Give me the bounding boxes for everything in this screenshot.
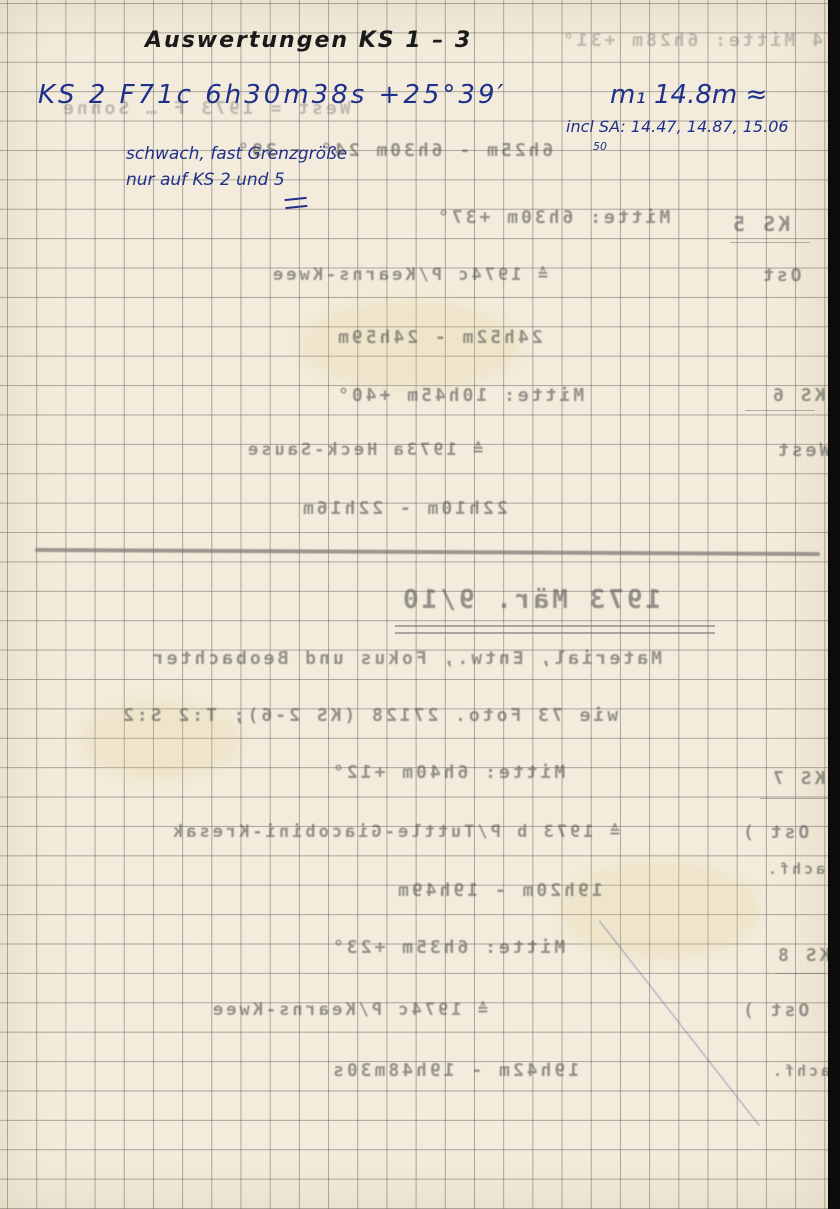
- paper-stain: [560, 860, 760, 960]
- bleed-text: Material, Entw., Fokus und Beobachter: [150, 648, 662, 669]
- bleed-text: KS 5: [730, 212, 790, 236]
- bleed-text: KS 4 Mitte: 6h28m +31°: [560, 30, 840, 51]
- bleed-text: Mitte: 10h45m +40°: [335, 385, 584, 406]
- note-plates: nur auf KS 2 und 5: [126, 170, 285, 190]
- bleed-text: Nachf.: [765, 860, 837, 878]
- notebook-page: Auswertungen KS 1 – 3 KS 2 F71c 6h30m38s…: [0, 0, 828, 1209]
- page-title: Auswertungen KS 1 – 3: [145, 28, 472, 53]
- bleed-text: wie 73 Foto. 27128 (KS 2-6); T:2 S:2: [120, 705, 618, 726]
- bleed-text: ≙ 1974c P/Kearns-Kwee: [210, 1000, 488, 1020]
- bleed-text: ≙ 1974c P/Kearns-Kwee: [270, 265, 548, 285]
- scan-edge: [828, 0, 840, 1209]
- bleed-text: 24h52m - 24h59m: [335, 327, 543, 348]
- bleed-text: Mitte: 6h40m +12°: [330, 762, 565, 783]
- underline: [730, 242, 810, 243]
- bleed-text: KS 7: [770, 768, 825, 789]
- bleed-text: 19h20m - 19h49m: [395, 880, 603, 901]
- underline: [760, 798, 830, 799]
- underline: [745, 410, 815, 411]
- double-underline: [395, 625, 715, 634]
- bleed-text: West = 1973 F … Sonne: [60, 98, 351, 119]
- bleed-text: Ost: [760, 265, 802, 286]
- bleed-text: 19h42m - 19h48m30s: [330, 1060, 579, 1081]
- underline: [775, 973, 825, 974]
- divider-line: [35, 548, 820, 556]
- bleed-text: 22h10m - 22h16m: [300, 498, 508, 519]
- bleed-text: Ost ): [740, 822, 809, 843]
- double-underline: [285, 197, 308, 209]
- bleed-text: KS 6: [770, 385, 825, 406]
- bleed-text: Mitte: 6h35m +23°: [330, 937, 565, 958]
- magnitude-values: incl SA: 14.47, 14.87, 15.06: [566, 117, 789, 136]
- bleed-text: 6h25m - 6h30m 24° - 39°: [235, 140, 553, 161]
- bleed-text: Mitte: 6h30m +37°: [435, 207, 670, 228]
- bleed-text: ≙ 1973a Heck-Sause: [245, 440, 483, 460]
- superscript-note: 50: [593, 140, 607, 153]
- bleed-text: Ost ): [740, 1000, 809, 1021]
- bleed-text: 1973 Mär. 9/10: [400, 585, 661, 615]
- bleed-text: West: [775, 440, 830, 461]
- bleed-text: KS 8: [775, 945, 830, 966]
- bleed-text: ≙ 1973 b P/Tuttle-Giacobini-Kresak: [170, 822, 620, 842]
- magnitude-estimate: m₁ 14.8m ≈: [610, 80, 767, 110]
